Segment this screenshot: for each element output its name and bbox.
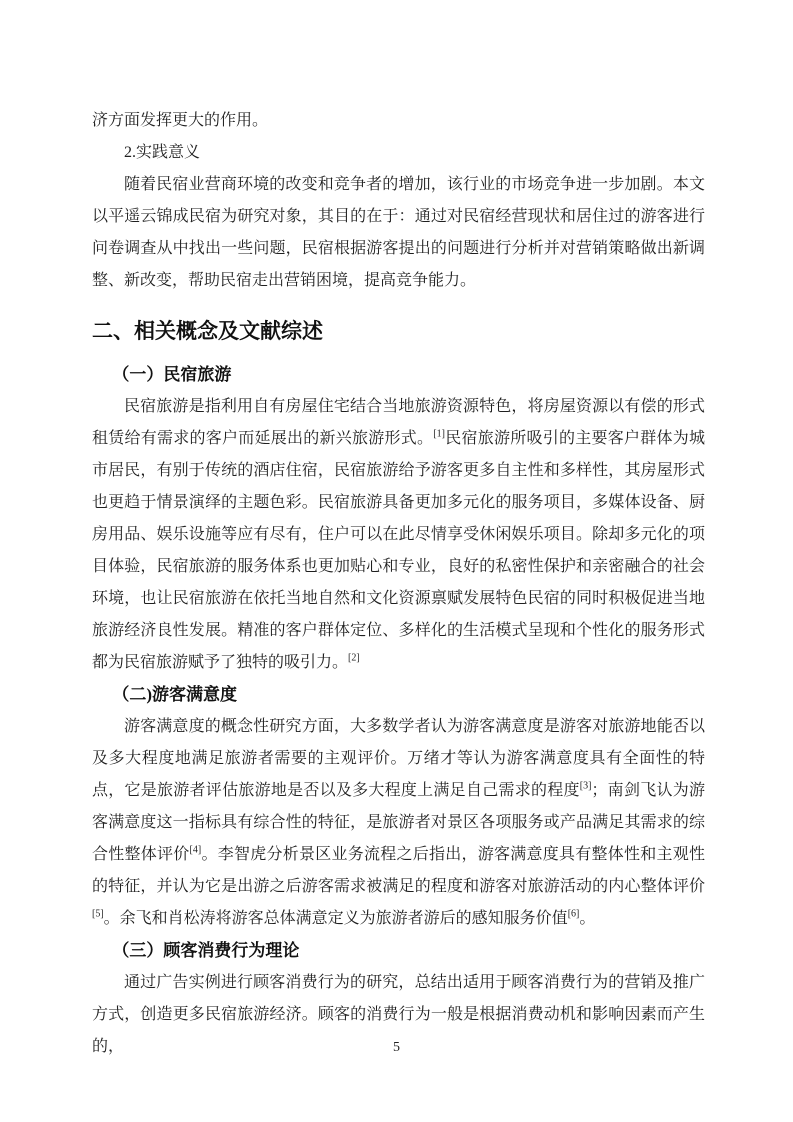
citation-ref: [3]: [580, 781, 592, 792]
text-run: （三）顾客消费行为理论: [112, 941, 299, 960]
subsection-heading: （三）顾客消费行为理论: [92, 935, 705, 967]
citation-ref: [4]: [190, 845, 202, 856]
text-run: 2.实践意义: [124, 144, 200, 161]
subsection-heading: （二)游客满意度: [92, 679, 705, 711]
text-run: 随着民宿业营商环境的改变和竞争者的增加，该行业的市场竞争进一步加剧。本文以平遥云…: [92, 176, 705, 289]
citation-ref: [5]: [92, 909, 104, 920]
text-run: 。: [579, 910, 595, 927]
text-run: 民宿旅游所吸引的主要客户群体为城市居民，有别于传统的酒店住宿，民宿旅游给予游客更…: [92, 430, 705, 671]
citation-ref: [6]: [568, 909, 580, 920]
page-number: 5: [0, 1040, 793, 1056]
paragraph: 济方面发挥更大的作用。: [92, 105, 705, 137]
section-heading: 二、相关概念及文献综述: [92, 315, 705, 349]
text-run: （一）民宿旅游: [112, 365, 231, 384]
text-run: 济方面发挥更大的作用。: [92, 112, 268, 129]
document-body: 济方面发挥更大的作用。2.实践意义随着民宿业营商环境的改变和竞争者的增加，该行业…: [92, 105, 705, 1063]
document-page: 济方面发挥更大的作用。2.实践意义随着民宿业营商环境的改变和竞争者的增加，该行业…: [0, 0, 793, 1122]
text-run: 。余飞和肖松涛将游客总体满意定义为旅游者游后的感知服务价值: [104, 910, 568, 927]
citation-ref: [2]: [348, 653, 360, 664]
paragraph: 游客满意度的概念性研究方面，大多数学者认为游客满意度是游客对旅游地能否以及多大程…: [92, 711, 705, 935]
text-run: （二)游客满意度: [112, 685, 237, 704]
paragraph: 民宿旅游是指利用自有房屋住宅结合当地旅游资源特色，将房屋资源以有偿的形式租赁给有…: [92, 391, 705, 679]
paragraph: 随着民宿业营商环境的改变和竞争者的增加，该行业的市场竞争进一步加剧。本文以平遥云…: [92, 169, 705, 297]
text-run: 二、相关概念及文献综述: [92, 320, 323, 343]
paragraph: 2.实践意义: [92, 137, 705, 169]
subsection-heading: （一）民宿旅游: [92, 359, 705, 391]
citation-ref: [1]: [433, 429, 445, 440]
